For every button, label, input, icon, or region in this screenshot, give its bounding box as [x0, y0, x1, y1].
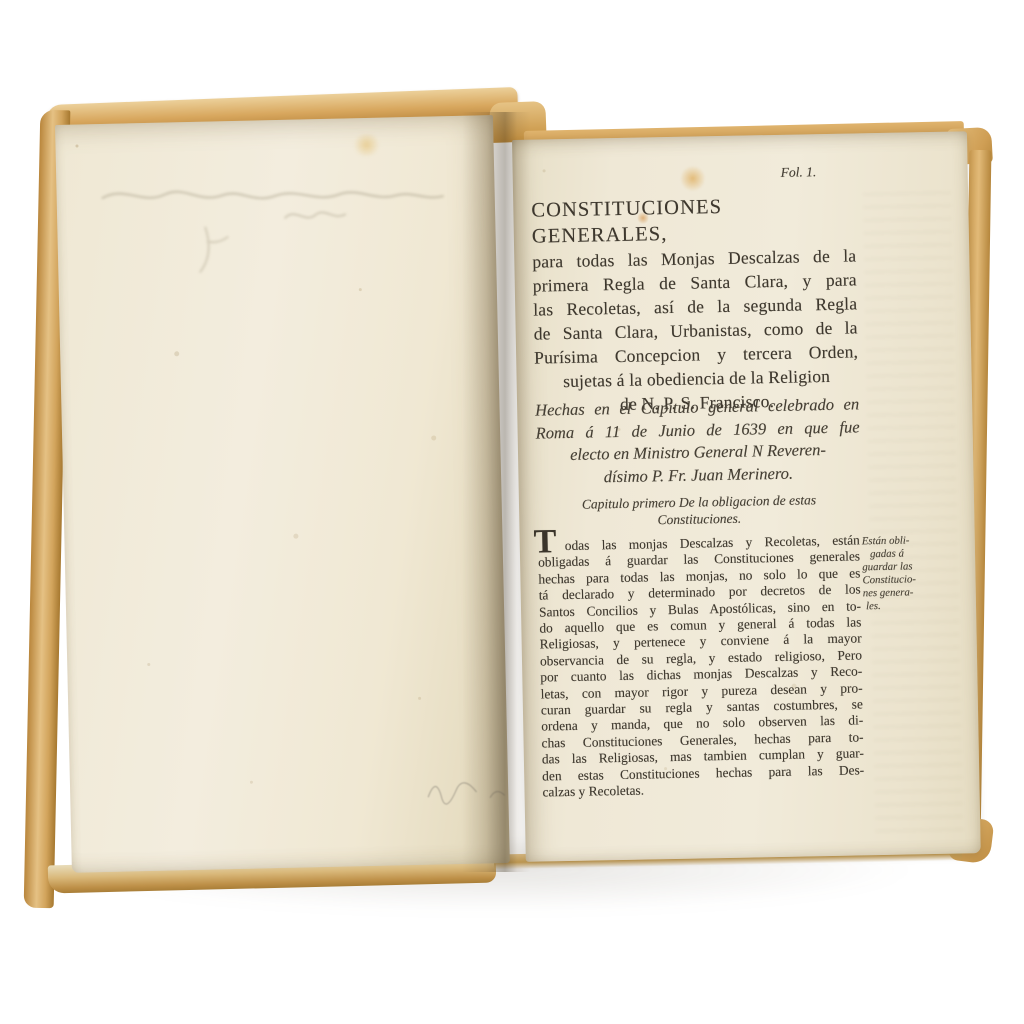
chapter-heading: Capitulo primero De la obligacion de est… [537, 491, 862, 530]
left-page-blank [55, 115, 510, 873]
colophon: Hechas en el Capitulo general celebrado … [535, 393, 861, 489]
title-line: CONSTITUCIONES GENERALES, [531, 191, 856, 249]
book-photo: Fol. 1. CONSTITUCIONES GENERALES, para t… [0, 0, 1024, 1024]
margin-note-line: les. [863, 599, 941, 613]
body-text: T odas las monjas Descalzas y Recoletas,… [538, 532, 865, 801]
foxing-spots [75, 144, 78, 147]
margin-note: Están obli- gadas á guardar las Constitu… [862, 534, 941, 613]
page-title: CONSTITUCIONES GENERALES, para todas las… [531, 191, 859, 417]
text-showthrough [863, 192, 963, 834]
gutter-shadow [462, 112, 548, 872]
right-page-printed: Fol. 1. CONSTITUCIONES GENERALES, para t… [512, 131, 981, 862]
stain [681, 164, 706, 192]
ghost-handwriting-showthrough [84, 151, 507, 280]
folio-number: Fol. 1. [781, 163, 861, 181]
